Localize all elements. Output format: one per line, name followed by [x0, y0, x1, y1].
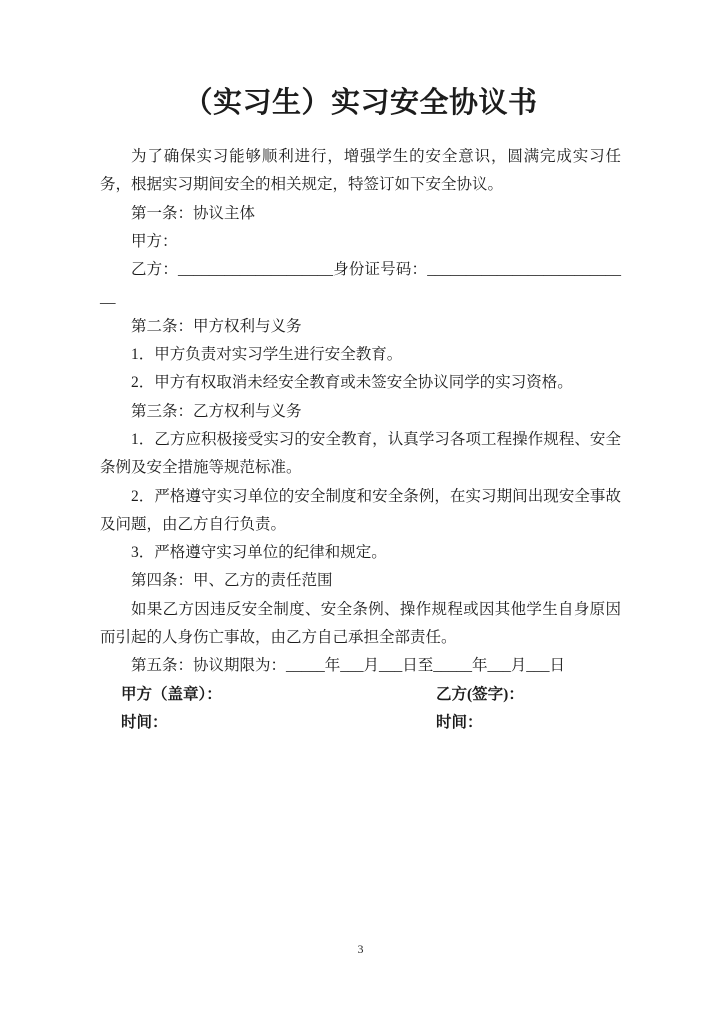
- clause-4-heading: 第四条：甲、乙方的责任范围: [100, 567, 621, 595]
- clause-5-term-line: 第五条：协议期限为：_____年___月___日至_____年___月___日: [100, 652, 621, 680]
- party-b-time-label: 时间：: [436, 709, 621, 737]
- clause-4-body: 如果乙方因违反安全制度、安全条例、操作规程或因其他学生自身原因而引起的人身伤亡事…: [100, 596, 621, 653]
- party-a-line: 甲方：: [100, 228, 621, 256]
- party-b-id-blank-line: 乙方：____________________身份证号码：___________…: [100, 256, 621, 313]
- clause-2-heading: 第二条：甲方权利与义务: [100, 313, 621, 341]
- signature-row: 甲方（盖章）： 乙方(签字)：: [100, 681, 621, 709]
- party-a-time-label: 时间：: [121, 709, 436, 737]
- party-a-seal-label: 甲方（盖章）：: [121, 681, 436, 709]
- clause-3-item-1: 1．乙方应积极接受实习的安全教育，认真学习各项工程操作规程、安全条例及安全措施等…: [100, 426, 621, 483]
- clause-3-item-3: 3．严格遵守实习单位的纪律和规定。: [100, 539, 621, 567]
- clause-3-heading: 第三条：乙方权利与义务: [100, 398, 621, 426]
- clause-1-heading: 第一条：协议主体: [100, 200, 621, 228]
- clause-2-item-1: 1．甲方负责对实习学生进行安全教育。: [100, 341, 621, 369]
- document-page: （实习生）实习安全协议书 为了确保实习能够顺利进行，增强学生的安全意识，圆满完成…: [0, 0, 721, 1020]
- party-b-sign-label: 乙方(签字)：: [436, 681, 621, 709]
- intro-paragraph: 为了确保实习能够顺利进行，增强学生的安全意识，圆满完成实习任务，根据实习期间安全…: [100, 143, 621, 200]
- clause-2-item-2: 2．甲方有权取消未经安全教育或未签安全协议同学的实习资格。: [100, 369, 621, 397]
- page-number: 3: [0, 941, 721, 957]
- clause-3-item-2: 2．严格遵守实习单位的安全制度和安全条例，在实习期间出现安全事故及问题，由乙方自…: [100, 483, 621, 540]
- signature-time-row: 时间： 时间：: [100, 709, 621, 737]
- document-title: （实习生）实习安全协议书: [0, 0, 721, 123]
- document-body: 为了确保实习能够顺利进行，增强学生的安全意识，圆满完成实习任务，根据实习期间安全…: [100, 143, 621, 737]
